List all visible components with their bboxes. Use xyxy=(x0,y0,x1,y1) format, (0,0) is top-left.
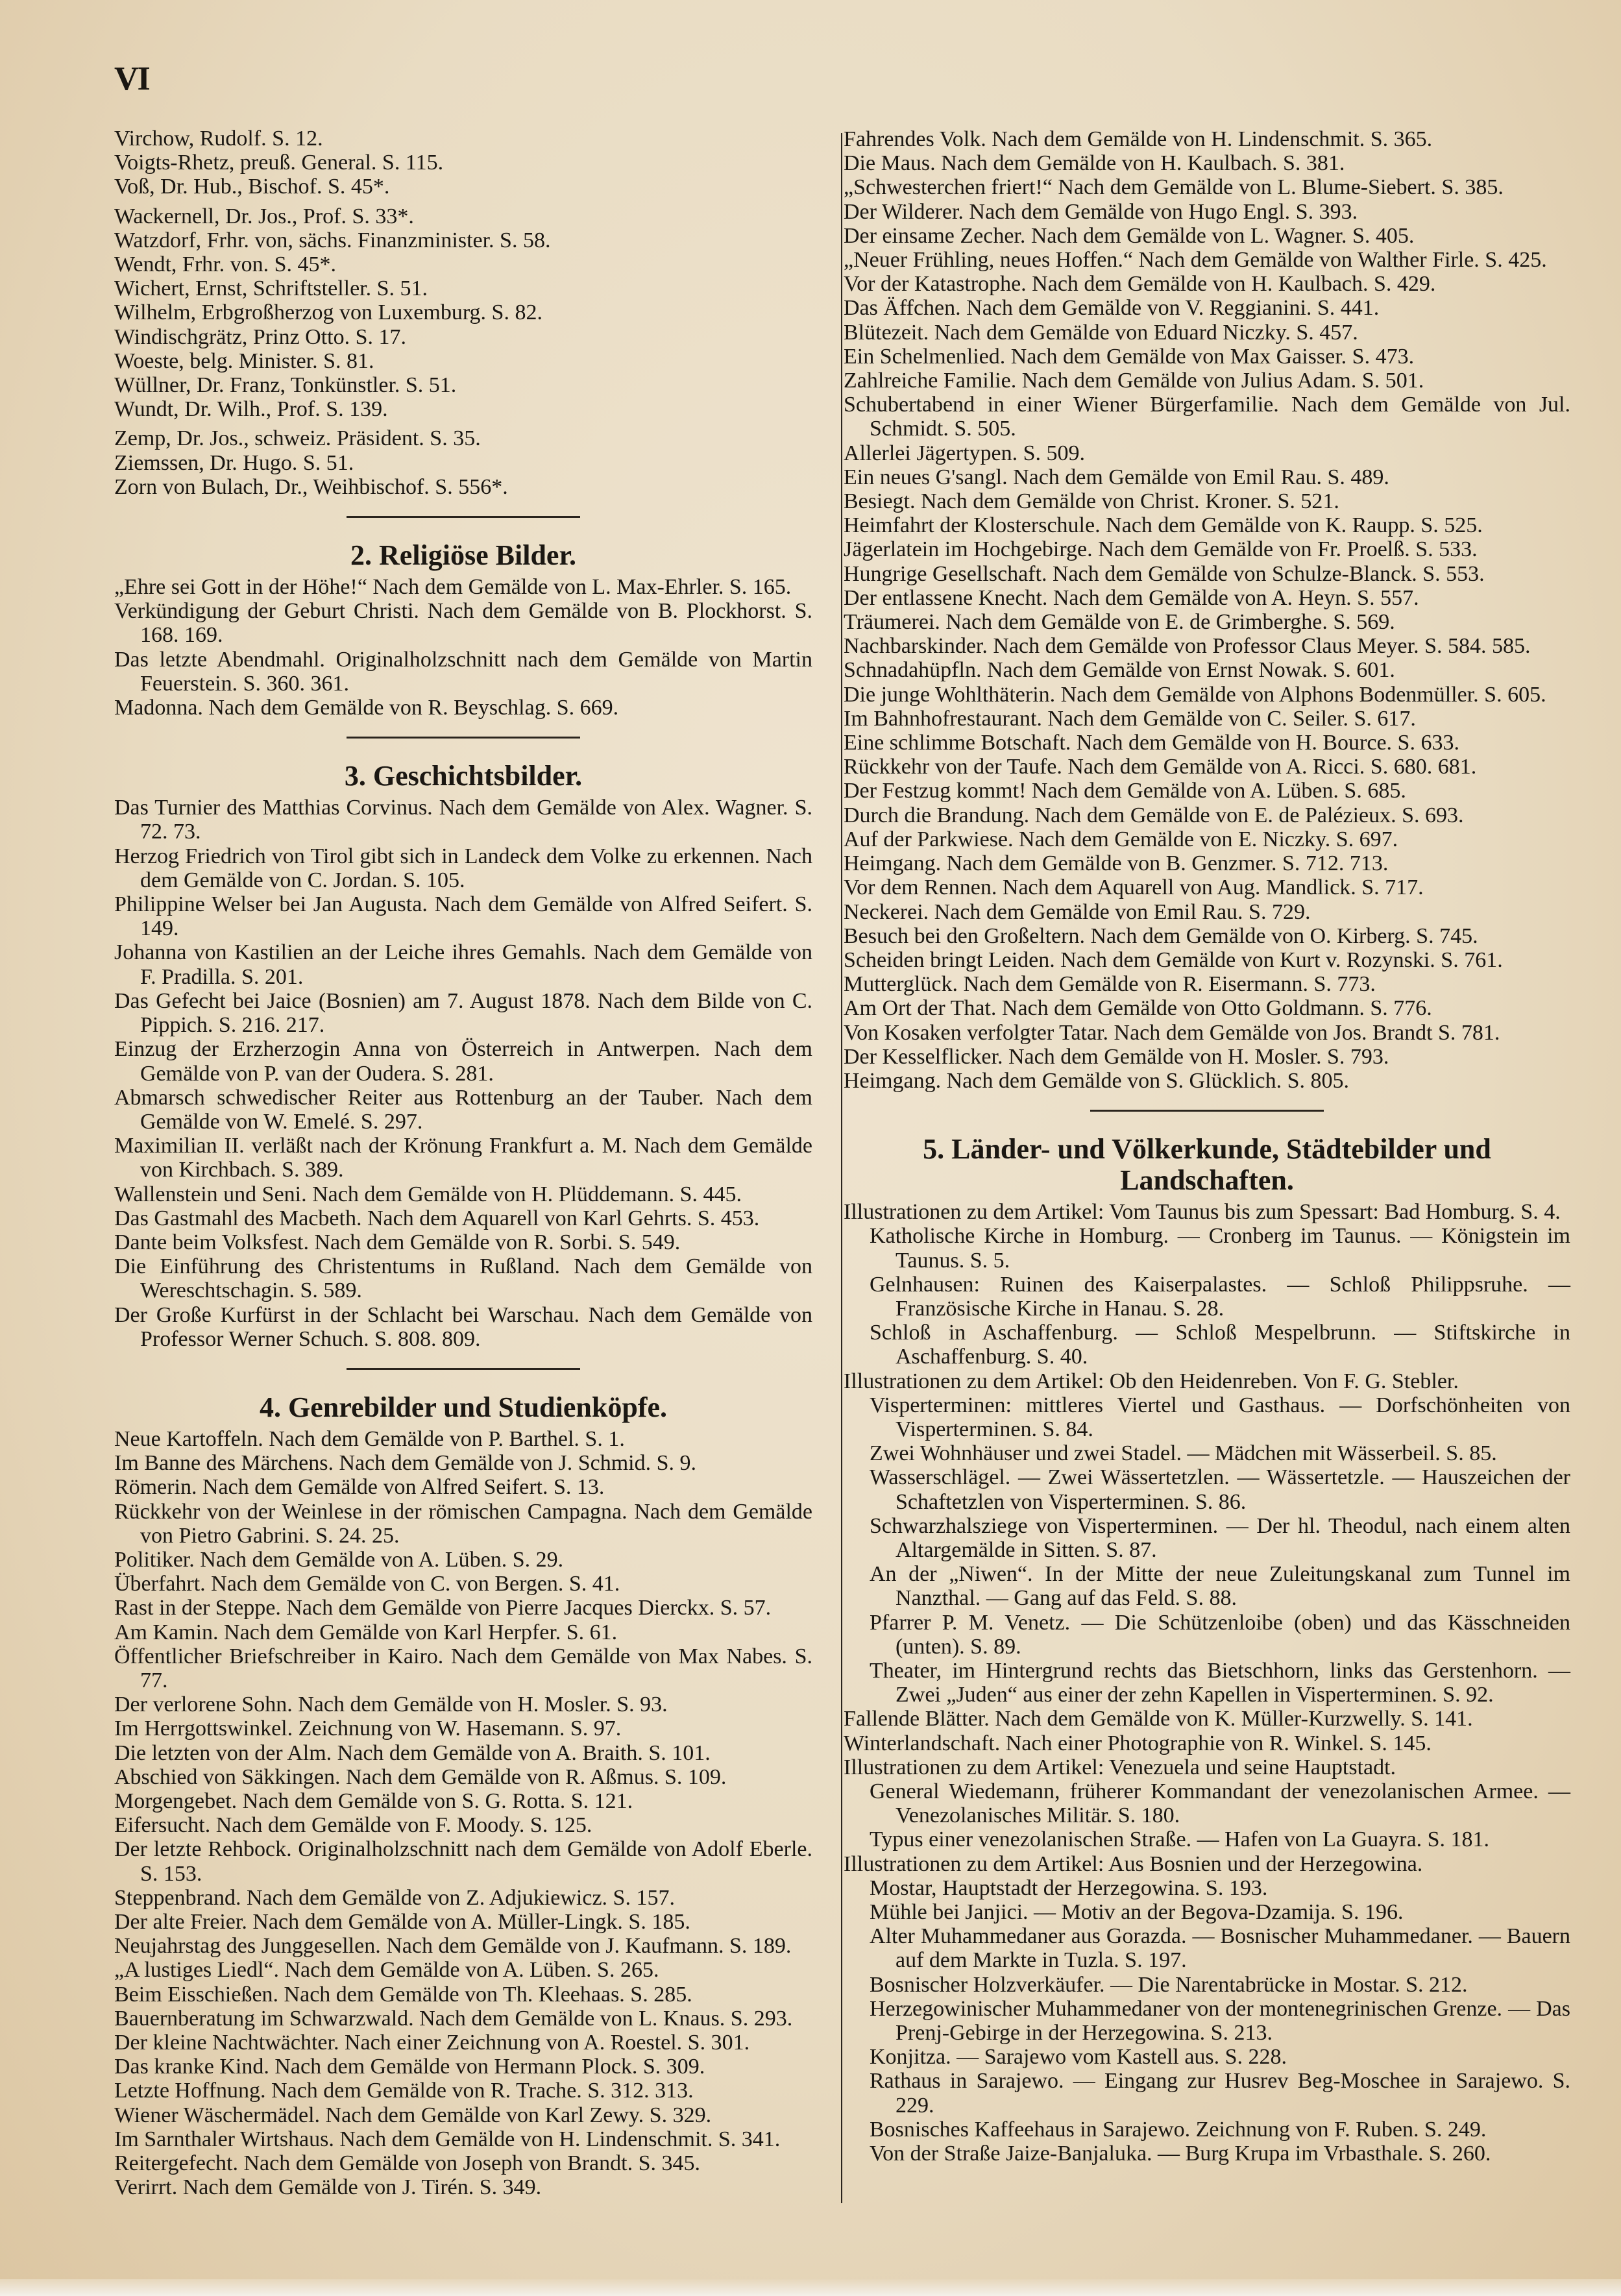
index-entry: Fahrendes Volk. Nach dem Gemälde von H. … xyxy=(844,127,1570,151)
index-entry: Schnadahüpfln. Nach dem Gemälde von Erns… xyxy=(844,658,1570,682)
index-entry: Wüllner, Dr. Franz, Tonkünstler. S. 51. xyxy=(114,373,812,397)
index-entry: Zahlreiche Familie. Nach dem Gemälde von… xyxy=(844,369,1570,393)
section-title: 4. Genrebilder und Studienköpfe. xyxy=(114,1392,812,1423)
index-subentry: Alter Muhammedaner aus Gorazda. — Bosnis… xyxy=(844,1924,1570,1972)
index-entry: „A lustiges Liedl“. Nach dem Gemälde von… xyxy=(114,1958,812,1982)
index-entry: Der Kesselflicker. Nach dem Gemälde von … xyxy=(844,1045,1570,1069)
section-genre-pictures: 4. Genrebilder und Studienköpfe. Neue Ka… xyxy=(114,1392,812,2200)
section-history-pictures: 3. Geschichtsbilder. Das Turnier des Mat… xyxy=(114,761,812,1351)
index-subentry: Gelnhausen: Ruinen des Kaiserpalastes. —… xyxy=(844,1273,1570,1321)
index-entry: Vor dem Rennen. Nach dem Aquarell von Au… xyxy=(844,875,1570,899)
index-subentry: Konjitza. — Sarajewo vom Kastell aus. S.… xyxy=(844,2045,1570,2069)
index-page: VI Virchow, Rudolf. S. 12. Voigts-Rhetz,… xyxy=(0,0,1621,2296)
index-entry: Woeste, belg. Minister. S. 81. xyxy=(114,349,812,373)
index-entry: Heimgang. Nach dem Gemälde von B. Genzme… xyxy=(844,851,1570,875)
index-subentry: An der „Niwen“. In der Mitte der neue Zu… xyxy=(844,1562,1570,1610)
index-entry: Neckerei. Nach dem Gemälde von Emil Rau.… xyxy=(844,900,1570,924)
index-entry: Eine schlimme Botschaft. Nach dem Gemäld… xyxy=(844,731,1570,755)
section-geography-landscapes: 5. Länder- und Völkerkunde, Städtebilder… xyxy=(844,1134,1570,2166)
index-entry: Die Einführung des Christentums in Rußla… xyxy=(114,1254,812,1302)
index-entry: Das kranke Kind. Nach dem Gemälde von He… xyxy=(114,2055,812,2079)
index-entry: Nachbarskinder. Nach dem Gemälde von Pro… xyxy=(844,634,1570,658)
index-subentry: Mostar, Hauptstadt der Herzegowina. S. 1… xyxy=(844,1876,1570,1900)
index-subentry: Visperterminen: mittleres Viertel und Ga… xyxy=(844,1393,1570,1441)
index-entry: Im Bahnhofrestaurant. Nach dem Gemälde v… xyxy=(844,707,1570,731)
index-entry: Die letzten von der Alm. Nach dem Gemäld… xyxy=(114,1741,812,1765)
index-entry: Beim Eisschießen. Nach dem Gemälde von T… xyxy=(114,1983,812,2007)
index-entry: Virchow, Rudolf. S. 12. xyxy=(114,127,812,151)
index-entry: Rast in der Steppe. Nach dem Gemälde von… xyxy=(114,1596,812,1620)
index-entry: Abschied von Säkkingen. Nach dem Gemälde… xyxy=(114,1765,812,1789)
index-entry: Der Große Kurfürst in der Schlacht bei W… xyxy=(114,1303,812,1351)
index-entry: Eifersucht. Nach dem Gemälde von F. Mood… xyxy=(114,1813,812,1837)
section-rule xyxy=(1090,1110,1324,1112)
index-subentry: Rathaus in Sarajewo. — Eingang zur Husre… xyxy=(844,2069,1570,2117)
index-entry: Wiener Wäschermädel. Nach dem Gemälde vo… xyxy=(114,2103,812,2127)
index-entry: Heimgang. Nach dem Gemälde von S. Glückl… xyxy=(844,1069,1570,1093)
index-entry: Wendt, Frhr. von. S. 45*. xyxy=(114,252,812,276)
index-entry: Illustrationen zu dem Artikel: Venezuela… xyxy=(844,1755,1570,1779)
index-entry: Besuch bei den Großeltern. Nach dem Gemä… xyxy=(844,924,1570,948)
section-genre-pictures-continued: Fahrendes Volk. Nach dem Gemälde von H. … xyxy=(844,127,1570,1093)
index-entry: Der alte Freier. Nach dem Gemälde von A.… xyxy=(114,1910,812,1934)
index-entry: Der Wilderer. Nach dem Gemälde von Hugo … xyxy=(844,200,1570,224)
index-subentry: Katholische Kirche in Homburg. — Cronber… xyxy=(844,1224,1570,1272)
index-entry: Verirrt. Nach dem Gemälde von J. Tirén. … xyxy=(114,2175,812,2199)
index-entry: Blütezeit. Nach dem Gemälde von Eduard N… xyxy=(844,321,1570,345)
index-entry: Im Herrgottswinkel. Zeichnung von W. Has… xyxy=(114,1716,812,1740)
index-entry: Das Gefecht bei Jaice (Bosnien) am 7. Au… xyxy=(114,989,812,1037)
right-column: Fahrendes Volk. Nach dem Gemälde von H. … xyxy=(844,127,1570,2166)
index-entry: Schubertabend in einer Wiener Bürgerfami… xyxy=(844,393,1570,441)
index-subentry: Herzegowinischer Muhammedaner von der mo… xyxy=(844,1997,1570,2045)
index-entry: Im Sarnthaler Wirtshaus. Nach dem Gemäld… xyxy=(114,2127,812,2151)
index-subentry: Bosnisches Kaffeehaus in Sarajewo. Zeich… xyxy=(844,2118,1570,2142)
index-subentry: Pfarrer P. M. Venetz. — Die Schützenloib… xyxy=(844,1611,1570,1659)
index-entry: Illustrationen zu dem Artikel: Ob den He… xyxy=(844,1369,1570,1393)
index-entry: Politiker. Nach dem Gemälde von A. Lüben… xyxy=(114,1548,812,1572)
index-subentry: General Wiedemann, früherer Kommandant d… xyxy=(844,1779,1570,1827)
index-entry: Einzug der Erzherzogin Anna von Österrei… xyxy=(114,1037,812,1085)
index-entry: Letzte Hoffnung. Nach dem Gemälde von R.… xyxy=(114,2079,812,2103)
index-entry: Maximilian II. verläßt nach der Krönung … xyxy=(114,1134,812,1182)
index-subentry: Wasserschlägel. — Zwei Wässertetzlen. — … xyxy=(844,1465,1570,1513)
index-entry: Träumerei. Nach dem Gemälde von E. de Gr… xyxy=(844,610,1570,634)
index-entry: Das Turnier des Matthias Corvinus. Nach … xyxy=(114,796,812,844)
index-entry: Madonna. Nach dem Gemälde von R. Beyschl… xyxy=(114,696,812,720)
index-entry: Winterlandschaft. Nach einer Photographi… xyxy=(844,1731,1570,1755)
index-entry: Römerin. Nach dem Gemälde von Alfred Sei… xyxy=(114,1475,812,1499)
index-entry: Watzdorf, Frhr. von, sächs. Finanzminist… xyxy=(114,228,812,252)
index-entry: Ein Schelmenlied. Nach dem Gemälde von M… xyxy=(844,345,1570,369)
index-entry: Dante beim Volksfest. Nach dem Gemälde v… xyxy=(114,1230,812,1254)
index-entry: Jägerlatein im Hochgebirge. Nach dem Gem… xyxy=(844,537,1570,561)
section-title: 3. Geschichtsbilder. xyxy=(114,761,812,792)
section-religious-pictures: 2. Religiöse Bilder. „Ehre sei Gott in d… xyxy=(114,540,812,720)
index-entry: Steppenbrand. Nach dem Gemälde von Z. Ad… xyxy=(114,1886,812,1910)
index-subentry: Theater, im Hintergrund rechts das Biets… xyxy=(844,1659,1570,1707)
index-entry: Öffentlicher Briefschreiber in Kairo. Na… xyxy=(114,1644,812,1692)
left-column: Virchow, Rudolf. S. 12. Voigts-Rhetz, pr… xyxy=(114,127,812,2199)
index-entry: Zemp, Dr. Jos., schweiz. Präsident. S. 3… xyxy=(114,426,812,450)
index-entry: Reitergefecht. Nach dem Gemälde von Jose… xyxy=(114,2151,812,2175)
index-entry: Wackernell, Dr. Jos., Prof. S. 33*. xyxy=(114,204,812,228)
index-entry: Rückkehr von der Taufe. Nach dem Gemälde… xyxy=(844,755,1570,779)
section-rule xyxy=(347,516,580,518)
section-title-line-2: Landschaften. xyxy=(1120,1164,1294,1196)
index-entry: Heimfahrt der Klosterschule. Nach dem Ge… xyxy=(844,513,1570,537)
index-entry: Der entlassene Knecht. Nach dem Gemälde … xyxy=(844,586,1570,610)
index-entry: Vor der Katastrophe. Nach dem Gemälde vo… xyxy=(844,272,1570,296)
index-entry: Herzog Friedrich von Tirol gibt sich in … xyxy=(114,844,812,892)
index-subentry: Zwei Wohnhäuser und zwei Stadel. — Mädch… xyxy=(844,1441,1570,1465)
index-entry: Illustrationen zu dem Artikel: Aus Bosni… xyxy=(844,1852,1570,1876)
index-entry: Illustrationen zu dem Artikel: Vom Taunu… xyxy=(844,1200,1570,1224)
scan-bottom-edge xyxy=(0,2279,1621,2296)
index-entry: Die junge Wohlthäterin. Nach dem Gemälde… xyxy=(844,683,1570,707)
index-entry: Neue Kartoffeln. Nach dem Gemälde von P.… xyxy=(114,1427,812,1451)
index-entry: Der einsame Zecher. Nach dem Gemälde von… xyxy=(844,224,1570,248)
section-title-line-1: 5. Länder- und Völkerkunde, Städtebilder… xyxy=(923,1133,1491,1165)
page-number: VI xyxy=(114,60,149,98)
index-entry: Das Gastmahl des Macbeth. Nach dem Aquar… xyxy=(114,1206,812,1230)
index-entry: Scheiden bringt Leiden. Nach dem Gemälde… xyxy=(844,948,1570,972)
index-entry: Im Banne des Märchens. Nach dem Gemälde … xyxy=(114,1451,812,1475)
index-entry: Ein neues G'sangl. Nach dem Gemälde von … xyxy=(844,465,1570,489)
index-entry: Morgengebet. Nach dem Gemälde von S. G. … xyxy=(114,1789,812,1813)
index-entry: Am Ort der That. Nach dem Gemälde von Ot… xyxy=(844,996,1570,1020)
index-entry: Die Maus. Nach dem Gemälde von H. Kaulba… xyxy=(844,151,1570,175)
index-entry: Der kleine Nachtwächter. Nach einer Zeic… xyxy=(114,2031,812,2055)
index-subentry: Von der Straße Jaize-Banjaluka. — Burg K… xyxy=(844,2142,1570,2166)
index-subentry: Schwarzhalsziege von Visperterminen. — D… xyxy=(844,1514,1570,1562)
index-entry: Philippine Welser bei Jan Augusta. Nach … xyxy=(114,892,812,940)
column-divider xyxy=(841,133,842,2203)
index-entry: Wichert, Ernst, Schriftsteller. S. 51. xyxy=(114,276,812,300)
index-subentry: Typus einer venezolanischen Straße. — Ha… xyxy=(844,1827,1570,1851)
index-entry: Auf der Parkwiese. Nach dem Gemälde von … xyxy=(844,827,1570,851)
section-rule xyxy=(347,1368,580,1370)
index-entry: Mutterglück. Nach dem Gemälde von R. Eis… xyxy=(844,972,1570,996)
index-entry: Voß, Dr. Hub., Bischof. S. 45*. xyxy=(114,175,812,199)
index-entry: Von Kosaken verfolgter Tatar. Nach dem G… xyxy=(844,1021,1570,1045)
index-entry: Windischgrätz, Prinz Otto. S. 17. xyxy=(114,325,812,349)
index-subentry: Schloß in Aschaffenburg. — Schloß Mespel… xyxy=(844,1321,1570,1369)
index-entry: Verkündigung der Geburt Christi. Nach de… xyxy=(114,599,812,647)
index-entry: Wilhelm, Erbgroßherzog von Luxemburg. S.… xyxy=(114,300,812,324)
index-entry: „Ehre sei Gott in der Höhe!“ Nach dem Ge… xyxy=(114,575,812,599)
index-entry: Wallenstein und Seni. Nach dem Gemälde v… xyxy=(114,1182,812,1206)
index-entry: Wundt, Dr. Wilh., Prof. S. 139. xyxy=(114,397,812,421)
index-entry: Der verlorene Sohn. Nach dem Gemälde von… xyxy=(114,1692,812,1716)
index-entry: „Schwesterchen friert!“ Nach dem Gemälde… xyxy=(844,175,1570,199)
index-entry: Das Äffchen. Nach dem Gemälde von V. Reg… xyxy=(844,296,1570,320)
index-entry: Am Kamin. Nach dem Gemälde von Karl Herp… xyxy=(114,1620,812,1644)
index-entry: Zorn von Bulach, Dr., Weihbischof. S. 55… xyxy=(114,475,812,499)
index-entry: Das letzte Abendmahl. Originalholzschnit… xyxy=(114,648,812,696)
index-subentry: Mühle bei Janjici. — Motiv an der Begova… xyxy=(844,1900,1570,1924)
index-entry: Abmarsch schwedischer Reiter aus Rottenb… xyxy=(114,1086,812,1134)
index-entry: Johanna von Kastilien an der Leiche ihre… xyxy=(114,940,812,988)
index-entry: „Neuer Frühling, neues Hoffen.“ Nach dem… xyxy=(844,248,1570,272)
section-title: 2. Religiöse Bilder. xyxy=(114,540,812,571)
index-entry: Bauernberatung im Schwarzwald. Nach dem … xyxy=(114,2007,812,2031)
index-entry: Ziemssen, Dr. Hugo. S. 51. xyxy=(114,451,812,475)
index-entry: Rückkehr von der Weinlese in der römisch… xyxy=(114,1500,812,1548)
index-entry: Besiegt. Nach dem Gemälde von Christ. Kr… xyxy=(844,489,1570,513)
index-subentry: Bosnischer Holzverkäufer. — Die Narentab… xyxy=(844,1973,1570,1997)
persons-list: Virchow, Rudolf. S. 12. Voigts-Rhetz, pr… xyxy=(114,127,812,499)
section-rule xyxy=(347,737,580,739)
index-entry: Hungrige Gesellschaft. Nach dem Gemälde … xyxy=(844,562,1570,586)
index-entry: Durch die Brandung. Nach dem Gemälde von… xyxy=(844,803,1570,827)
section-title: 5. Länder- und Völkerkunde, Städtebilder… xyxy=(844,1134,1570,1196)
index-entry: Der letzte Rehbock. Originalholzschnitt … xyxy=(114,1837,812,1885)
index-entry: Der Festzug kommt! Nach dem Gemälde von … xyxy=(844,779,1570,803)
index-entry: Allerlei Jägertypen. S. 509. xyxy=(844,441,1570,465)
index-entry: Neujahrstag des Junggesellen. Nach dem G… xyxy=(114,1934,812,1958)
index-entry: Fallende Blätter. Nach dem Gemälde von K… xyxy=(844,1707,1570,1731)
index-entry: Voigts-Rhetz, preuß. General. S. 115. xyxy=(114,151,812,175)
index-entry: Überfahrt. Nach dem Gemälde von C. von B… xyxy=(114,1572,812,1596)
